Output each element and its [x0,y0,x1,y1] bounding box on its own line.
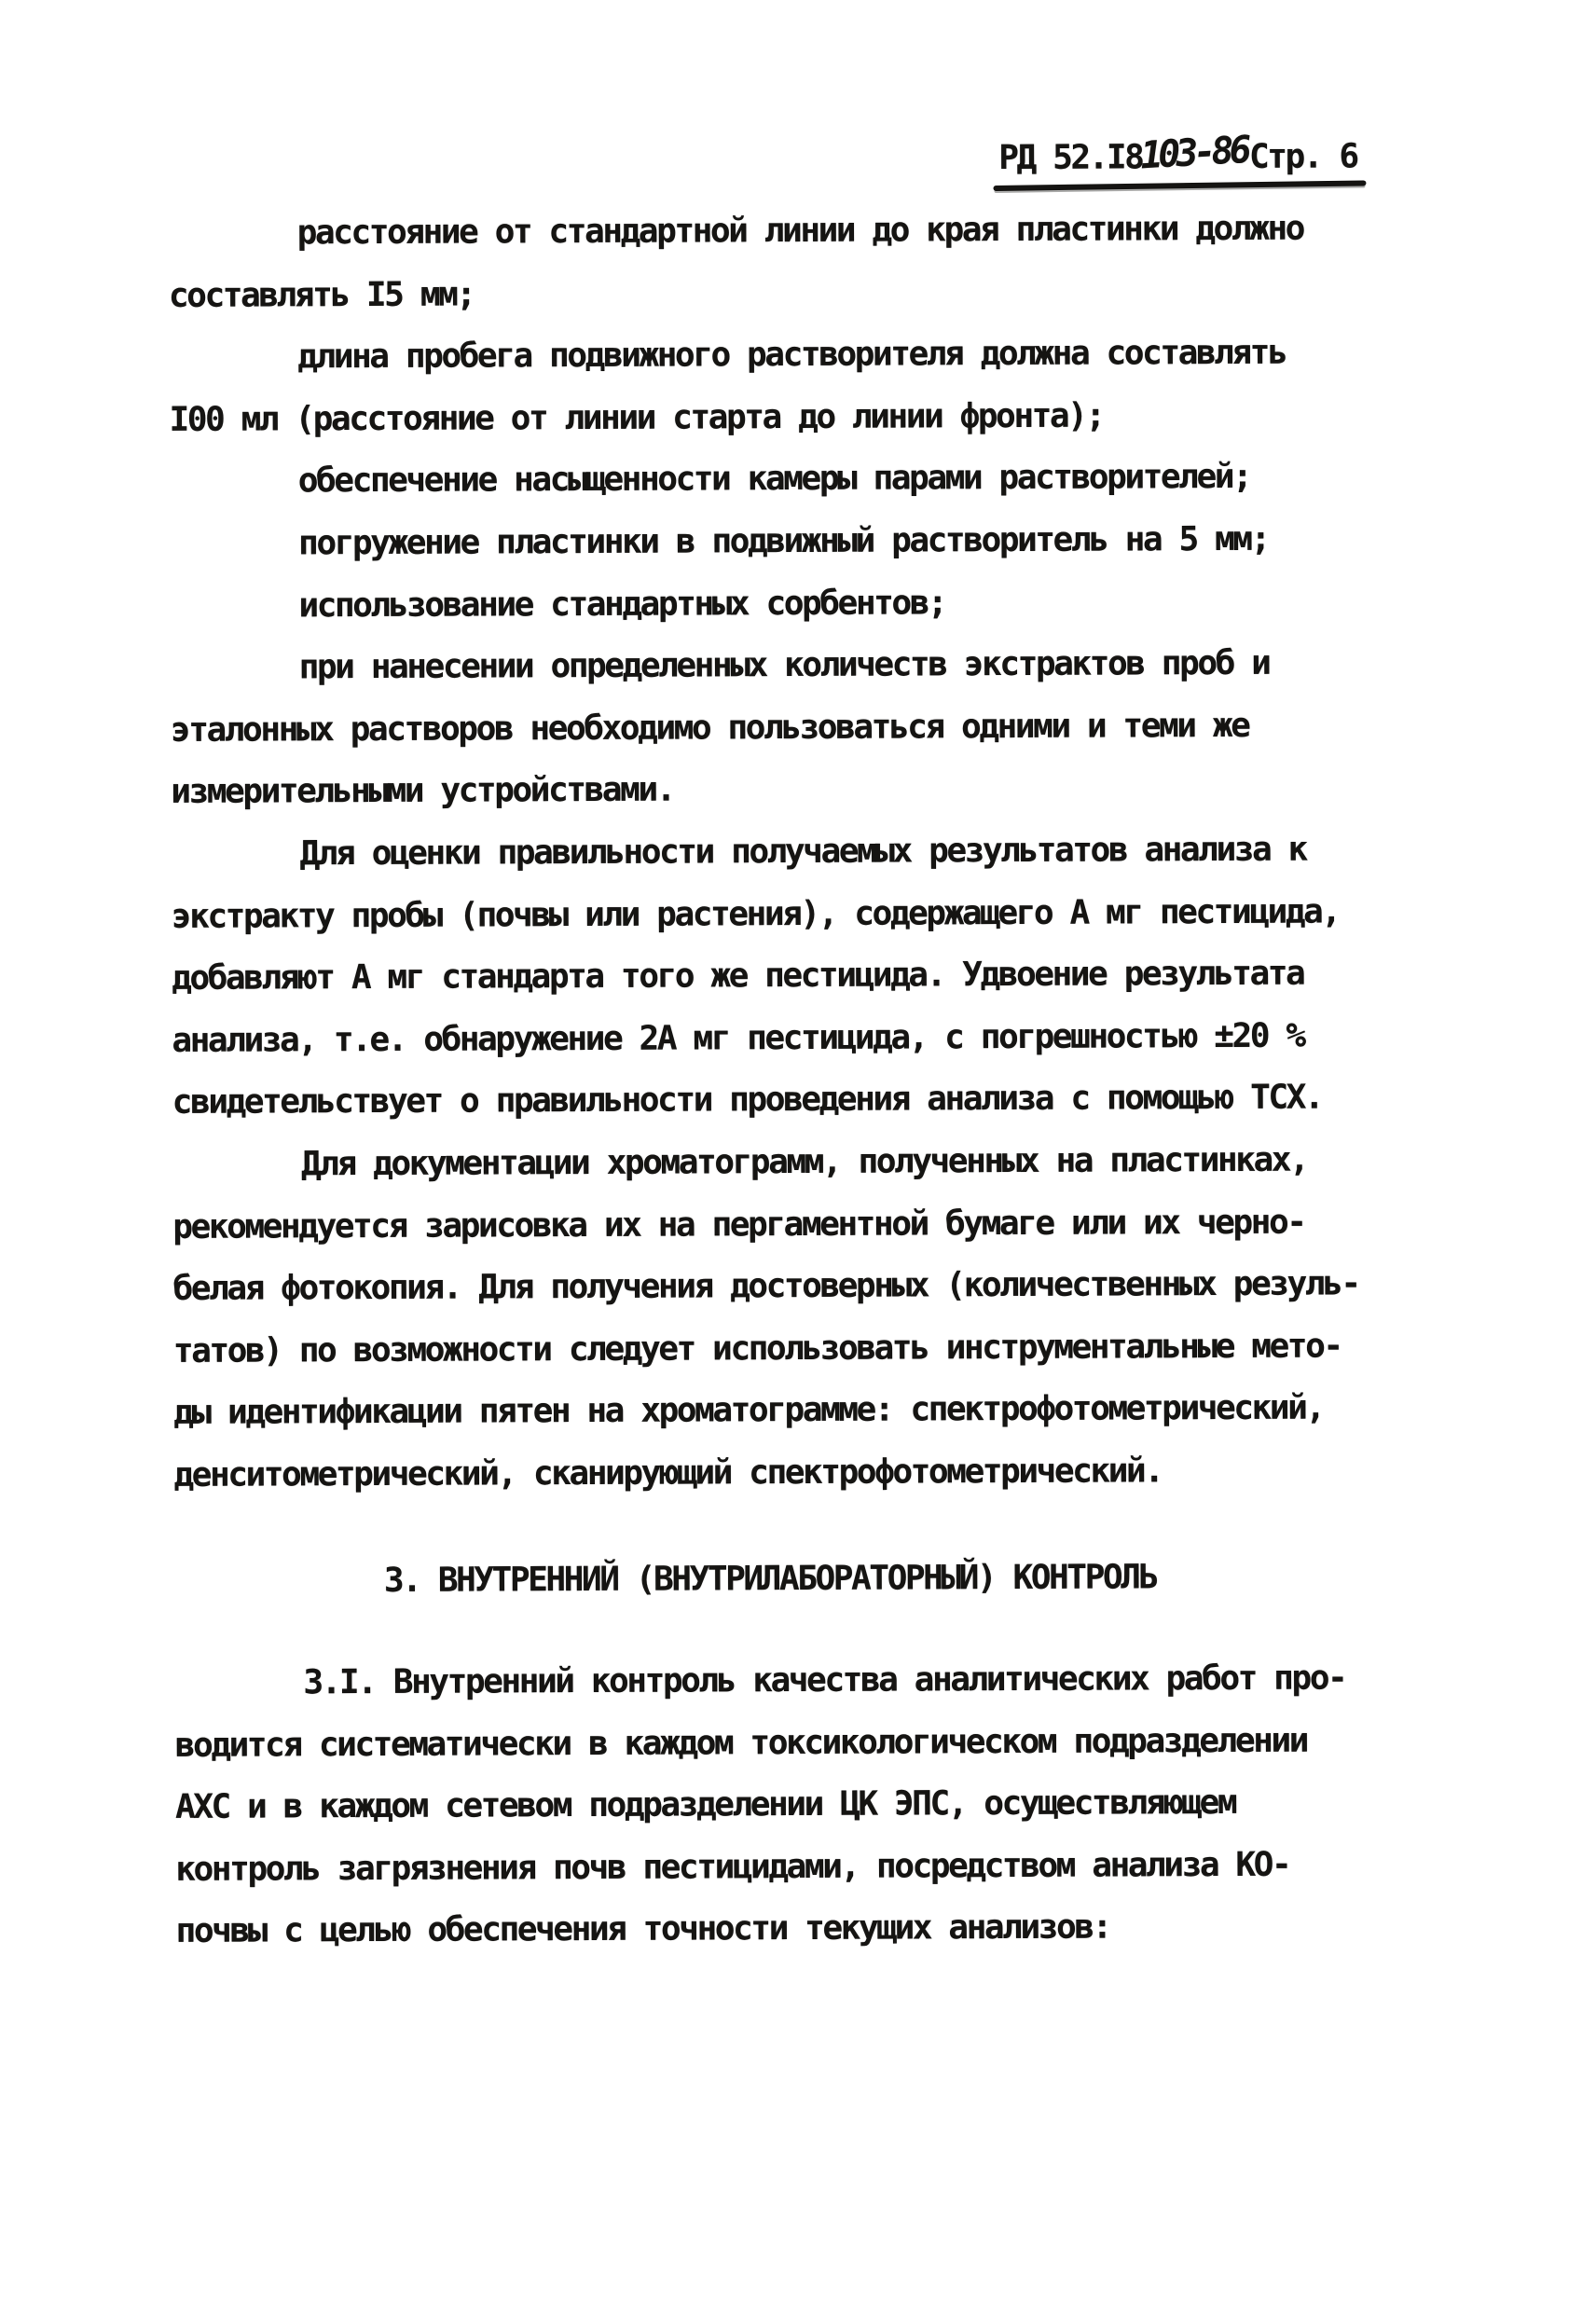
text-line: обеспечение насыщенности камеры парами р… [170,447,1410,514]
doc-number-handwritten: 103-86 [1139,129,1248,177]
paragraphs-bottom: 3.I. Внутренний контроль качества аналит… [174,1647,1415,1963]
document-header: РД 52.I8103-86Стр. 6 [998,133,1357,178]
text-line: добавляют А мг стандарта того же пестици… [172,943,1411,1010]
text-line: 3.I. Внутренний контроль качества аналит… [174,1647,1414,1714]
text-line: I00 мл (расстояние от линии старта до ли… [169,384,1409,451]
text-line: белая фотокопия. Для получения достоверн… [172,1253,1412,1320]
text-line: измерительными устройствами. [171,756,1410,823]
text-line: расстояние от стандартной линии до края … [169,198,1409,265]
text-line: почвы с целью обеспечения точности текущ… [175,1896,1415,1963]
text-line: эталонных растворов необходимо пользоват… [171,695,1410,762]
text-line: при нанесении определенных количеств экс… [171,632,1410,699]
text-line: АХС и в каждом сетевом подразделении ЦК … [175,1771,1415,1838]
text-line: татов) по возможности следует использова… [173,1315,1413,1383]
document-body: расстояние от стандартной линии до края … [169,198,1416,1963]
text-line: Для документации хроматограмм, полученны… [172,1129,1412,1196]
header-underline [993,180,1366,191]
text-line: использование стандартных сорбентов; [170,571,1410,638]
paragraphs-top: расстояние от стандартной линии до края … [169,198,1414,1507]
text-line: анализа, т.е. обнаружение 2А мг пестицид… [172,1005,1411,1072]
text-line: ды идентификации пятен на хроматограмме:… [173,1377,1413,1444]
text-line: Для оценки правильности получаемых резул… [171,819,1410,886]
text-line: контроль загрязнения почв пестицидами, п… [175,1834,1415,1901]
text-line: экстракту пробы (почвы или растения), со… [172,881,1411,948]
text-line: составлять I5 мм; [169,260,1409,327]
text-line: погружение пластинки в подвижный раствор… [170,508,1410,575]
text-line: денситометрический, сканирующий спектроф… [173,1439,1413,1507]
text-line: длина пробега подвижного растворителя до… [169,322,1409,389]
doc-number-prefix: РД 52.I8 [998,138,1142,177]
page-number-label: Стр. 6 [1249,137,1357,176]
text-line: водится систематически в каждом токсикол… [175,1710,1415,1777]
text-line: рекомендуется зарисовка их на пергаментн… [172,1191,1412,1259]
text-line: свидетельствует о правильности проведени… [172,1067,1412,1134]
scanned-page: РД 52.I8103-86Стр. 6 расстояние от станд… [0,0,1596,2313]
section-heading: 3. ВНУТРЕННИЙ (ВНУТРИЛАБОРАТОРНЫЙ) КОНТР… [174,1547,1414,1614]
